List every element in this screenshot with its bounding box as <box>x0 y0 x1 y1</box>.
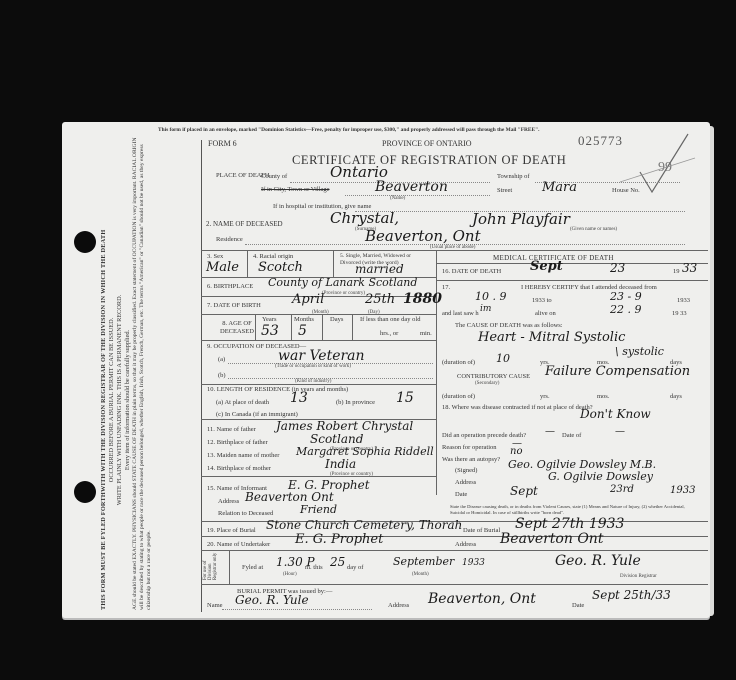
fyled-year: 1933 <box>462 558 485 568</box>
occupation-sub: (Trade or occupation or kind of work) <box>275 364 351 369</box>
village-label: If in City, Town or Village <box>261 186 330 193</box>
village-value: Beaverton <box>375 179 448 195</box>
permit-address-value: Beaverton, Ont <box>428 591 536 607</box>
father-birthplace-label: 12. Birthplace of father <box>207 439 268 446</box>
fyled-month: September <box>393 555 454 568</box>
relation-label: Relation to Deceased <box>218 510 273 517</box>
months-label: Months <box>294 316 314 323</box>
occupation-value: war Veteran <box>278 348 365 364</box>
min-label: min. <box>420 330 432 337</box>
street-value: Mara <box>542 180 577 195</box>
undertaker-label: 20. Name of Undertaker <box>207 541 270 548</box>
attended-from: 10 . 9 <box>475 290 507 303</box>
signed-label: (Signed) <box>455 467 477 474</box>
village-line <box>345 195 490 196</box>
certificate-date-year: 1933 <box>670 485 695 496</box>
operation-value: — <box>545 426 555 437</box>
day-of-label: day of <box>347 564 363 571</box>
informant-address-value: Beaverton Ont <box>245 490 334 504</box>
side-instruction-line1: THIS FORM MUST BE FYLED FORTHWITH WITH T… <box>100 130 108 610</box>
burial-date-value: Sept 27th 1933 <box>515 516 624 532</box>
contrib-days-label: days <box>670 393 682 400</box>
date-of-operation-value: — <box>615 426 625 437</box>
occupation-b-label: (b) <box>218 372 226 379</box>
side-instruction-line3: WRITE PLAINLY WITH UNFADING INK. THIS IS… <box>116 130 124 670</box>
relation-value: Friend <box>300 503 337 516</box>
dod-year-prefix: 19 <box>673 268 680 275</box>
at-place-label: (a) At place of death <box>216 399 269 406</box>
item-17-label: 17. <box>442 284 450 291</box>
last-saw-value: im <box>480 304 491 314</box>
father-value: James Robert Chrystal <box>276 419 413 433</box>
registrar-use-label: For use of Division Registrar only <box>203 550 218 580</box>
hour-sub: (Hour) <box>283 572 297 577</box>
last-saw-label: and last saw h <box>442 310 479 317</box>
permit-name-value: Geo. R. Yule <box>235 593 309 607</box>
county-label: County of <box>261 173 287 180</box>
cause-label: The CAUSE OF DEATH was as follows: <box>455 322 563 329</box>
house-label: House No. <box>612 187 640 194</box>
father-label: 11. Name of father <box>207 426 256 433</box>
from-year: 1933 to <box>532 297 552 304</box>
date-of-operation-label: Date of <box>562 432 581 439</box>
residence-value: Beaverton, Ont <box>365 227 481 245</box>
informant-address-label: Address <box>218 498 239 505</box>
divider <box>201 340 436 341</box>
mother-birthplace-value: India <box>325 457 356 471</box>
dod-month: Sept <box>530 259 563 274</box>
dob-year: 1880 <box>403 291 442 307</box>
date-of-death-label: 16. DATE OF DEATH <box>442 268 501 275</box>
in-canada-label: (c) In Canada (if an immigrant) <box>216 411 298 418</box>
autopsy-value: no <box>510 446 522 457</box>
attended-to: 23 - 9 <box>610 290 642 303</box>
permit-date-value: Sept 25th/33 <box>592 588 671 602</box>
divider <box>201 536 708 537</box>
punch-hole-top <box>74 231 96 253</box>
physician-address-value: G. Ogilvie Dowsley <box>548 470 653 483</box>
side-instructions: THIS FORM MUST BE FYLED FORTHWITH WITH T… <box>100 130 153 610</box>
dod-day: 23 <box>610 261 625 275</box>
less-day-label: If less than one day old <box>360 316 420 323</box>
days-label: Days <box>330 316 343 323</box>
years-label: Years <box>262 316 277 323</box>
dob-month: April <box>292 292 324 307</box>
province-heading: PROVINCE OF ONTARIO <box>382 139 472 148</box>
village-sub: (Name) <box>390 196 405 201</box>
hrs-label: hrs., or <box>380 330 398 337</box>
alive-on-label: alive on <box>535 310 556 317</box>
contrib-yrs-label: yrs. <box>540 393 550 400</box>
occupation-a-label: (a) <box>218 356 225 363</box>
duration-label: (duration of) <box>442 359 475 366</box>
surname-value: Chrystal, <box>330 209 399 227</box>
divider <box>201 476 436 477</box>
fyled-at-label: Fyled at <box>242 564 263 571</box>
divider <box>201 384 436 385</box>
division-registrar-label: Division Registrar <box>620 574 657 579</box>
permit-address-label: Address <box>388 602 409 609</box>
alive-year: 19 33 <box>672 310 687 317</box>
month-sub: (Month) <box>412 572 429 577</box>
birthplace-value: County of Lanark Scotland <box>268 276 417 289</box>
burial-date-label: Date of Burial <box>463 527 500 534</box>
township-label: Township of <box>497 173 530 180</box>
permit-name-label: Name <box>207 602 223 609</box>
where-contracted-value: Don't Know <box>580 407 651 421</box>
contrib-mos-label: mos. <box>597 393 609 400</box>
reason-label: Reason for operation <box>442 444 497 451</box>
street-label: Street <box>497 187 512 194</box>
contrib-duration-label: (duration of) <box>442 393 475 400</box>
undertaker-address-value: Beaverton Ont <box>500 531 603 547</box>
sex-value: Male <box>206 260 239 275</box>
autopsy-label: Was there an autopsy? <box>442 456 500 463</box>
in-province-value: 15 <box>396 390 414 406</box>
divider <box>201 550 708 551</box>
given-names-value: John Playfair <box>472 210 570 228</box>
divider <box>247 250 248 277</box>
divider <box>201 314 436 315</box>
undertaker-address-label: Address <box>455 541 476 548</box>
divider <box>333 250 334 277</box>
burial-place-label: 19. Place of Burial <box>207 527 256 534</box>
form-number: FORM 6 <box>208 139 237 148</box>
dob-day: 25th <box>365 292 395 307</box>
at-place-value: 13 <box>290 390 308 406</box>
sex-label: 3. Sex <box>207 253 223 260</box>
divider <box>352 314 353 340</box>
side-instruction-line5: AGE should be stated EXACTLY. PHYSICIANS… <box>132 130 153 610</box>
certificate-date-label: Date <box>455 491 467 498</box>
contributory-label: CONTRIBUTORY CAUSE <box>457 373 530 380</box>
divider <box>291 314 292 340</box>
divider <box>436 263 708 264</box>
registrar-signature: Geo. R. Yule <box>555 553 641 569</box>
duration-years: 10 <box>496 352 510 365</box>
marital-value: married <box>355 262 404 276</box>
this-label: m. this <box>305 564 323 571</box>
father-birthplace-value: Scotland <box>310 432 363 446</box>
divider <box>436 280 708 281</box>
column-divider <box>436 250 437 495</box>
mother-birthplace-label: 14. Birthplace of mother <box>207 465 271 472</box>
name-label: 2. NAME OF DECEASED <box>206 220 283 228</box>
punch-hole-bottom <box>74 481 96 503</box>
cause-value: Heart - Mitral Systolic <box>478 330 625 345</box>
physician-address-label: Address <box>455 479 476 486</box>
contributory-sub: (Secondary) <box>475 381 499 386</box>
medical-footnote: State the Disease causing death, or in d… <box>450 504 700 515</box>
birthplace-label: 6. BIRTHPLACE <box>207 283 253 290</box>
alive-on-value: 22 . 9 <box>610 303 642 316</box>
side-instruction-line2: OCCURRED BEFORE A BURIAL PERMIT CAN BE I… <box>108 130 116 670</box>
in-province-label: (b) In province <box>336 399 375 406</box>
racial-origin-value: Scotch <box>258 260 303 275</box>
where-contracted-label: 18. Where was disease contracted if not … <box>442 404 593 411</box>
age-years: 53 <box>261 323 279 339</box>
divider <box>201 250 708 251</box>
side-instruction-line4: Every item of information should be care… <box>124 130 132 670</box>
residence-length-label: 10. LENGTH OF RESIDENCE (in years and mo… <box>207 386 348 393</box>
divider <box>322 314 323 340</box>
cause-value-2: \ systolic <box>615 345 664 358</box>
burial-place-value: Stone Church Cemetery, Thorah <box>266 518 462 532</box>
certificate-date-day: 23rd <box>610 484 634 495</box>
age-label: 8. AGE OF DECEASED <box>207 320 267 336</box>
dod-year: 33 <box>682 261 697 275</box>
divider <box>255 314 256 340</box>
permit-name-line <box>222 609 372 610</box>
mother-value: Margaret Sophia Riddell <box>296 445 434 458</box>
certificate-date-month: Sept <box>510 484 538 498</box>
fyled-day: 25 <box>330 555 345 569</box>
to-year: 1933 <box>677 297 690 304</box>
racial-origin-label: 4. Racial origin <box>253 253 293 260</box>
mother-label: 13. Maiden name of mother <box>207 452 279 459</box>
undertaker-value: E. G. Prophet <box>295 532 383 547</box>
age-months: 5 <box>298 323 307 339</box>
permit-date-label: Date <box>572 602 584 609</box>
dob-label: 7. DATE OF BIRTH <box>207 302 261 309</box>
contributory-value: Failure Compensation <box>545 364 690 379</box>
given-sub: (Given name or names) <box>570 227 617 232</box>
residence-label: Residence <box>216 236 243 243</box>
divider <box>229 550 230 584</box>
divider <box>201 584 708 585</box>
